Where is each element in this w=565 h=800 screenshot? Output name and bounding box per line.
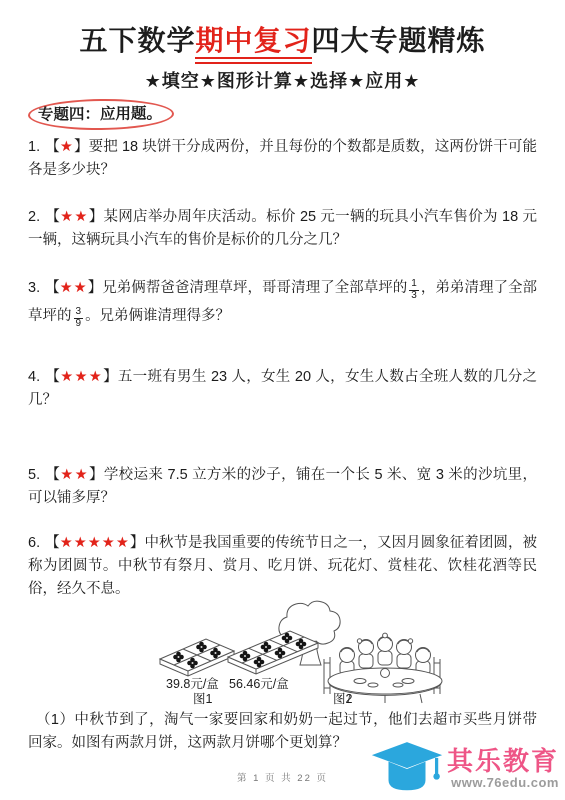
question-3: 3.【★★】兄弟俩帮爸爸清理草坪，哥哥清理了全部草坪的13，弟弟清理了全部草坪的… bbox=[28, 274, 537, 330]
logo-name: 其乐教育 bbox=[447, 748, 559, 775]
question-4: 4.【★★★】五一班有男生 23 人，女生 20 人，女生人数占全班人数的几分之… bbox=[28, 366, 537, 412]
bracket: 【 bbox=[45, 369, 60, 385]
star-rating: ★★ bbox=[60, 467, 89, 483]
star-rating: ★★ bbox=[60, 280, 88, 296]
bracket: 【 bbox=[45, 467, 60, 483]
question-5: 5.【★★】学校运来 7.5 立方米的沙子，铺在一个长 5 米、宽 3 米的沙坑… bbox=[28, 464, 537, 510]
graduation-cap-icon bbox=[370, 740, 444, 798]
festival-figure: 39.8元/盒 56.46元/盒 图1 图2 bbox=[0, 597, 565, 705]
mooncake-box1-illustration bbox=[160, 639, 234, 676]
price-label-box2: 56.46元/盒 bbox=[229, 674, 289, 692]
mooncake-box2-illustration bbox=[228, 631, 318, 674]
bracket: 【 bbox=[45, 535, 60, 551]
figure2-label: 图2 bbox=[333, 689, 352, 707]
star-rating: ★★★ bbox=[60, 369, 103, 385]
logo: 其乐教育 www.76edu.com bbox=[370, 740, 559, 798]
bracket: 【 bbox=[45, 209, 60, 225]
bracket: 】 bbox=[103, 369, 118, 385]
question-text: 兄弟俩帮爸爸清理草坪，哥哥清理了全部草坪的 bbox=[102, 280, 407, 296]
bracket: 】 bbox=[89, 467, 104, 483]
bracket: 【 bbox=[45, 139, 60, 155]
question-number: 2. bbox=[28, 209, 40, 225]
logo-text: 其乐教育 www.76edu.com bbox=[447, 748, 559, 790]
topic-badge: 专题四：应用题。 bbox=[28, 98, 174, 131]
figure1-label: 图1 bbox=[193, 689, 212, 707]
question-1: 1.【★】要把 18 块饼干分成两份，并且每份的个数都是质数，这两份饼干可能各是… bbox=[28, 136, 537, 182]
question-number: 5. bbox=[28, 467, 40, 483]
question-number: 1. bbox=[28, 139, 40, 155]
question-number: 3. bbox=[28, 280, 40, 296]
page-subtitle: ★填空★图形计算★选择★应用★ bbox=[28, 69, 537, 93]
fraction: 39 bbox=[74, 307, 84, 329]
fraction: 13 bbox=[409, 279, 419, 301]
star-rating: ★★ bbox=[60, 209, 89, 225]
bracket: 【 bbox=[45, 280, 60, 296]
page-title: 五下数学期中复习四大专题精炼 bbox=[28, 22, 537, 60]
question-number: 4. bbox=[28, 369, 40, 385]
question-2: 2.【★★】某网店举办周年庆活动。标价 25 元一辆的玩具小汽车售价为 18 元… bbox=[28, 206, 537, 252]
question-text: 学校运来 7.5 立方米的沙子，铺在一个长 5 米、宽 3 米的沙坑里，可以铺多… bbox=[28, 467, 537, 506]
bracket: 】 bbox=[88, 280, 103, 296]
title-highlight: 期中复习 bbox=[195, 25, 311, 64]
title-suffix: 四大专题精炼 bbox=[312, 25, 486, 56]
question-6: 6.【★★★★★】中秋节是我国重要的传统节日之一，又因月圆象征着团圆，被称为团圆… bbox=[28, 532, 537, 601]
bracket: 】 bbox=[130, 535, 145, 551]
star-rating: ★★★★★ bbox=[60, 535, 130, 551]
bracket: 】 bbox=[74, 139, 89, 155]
star-rating: ★ bbox=[60, 139, 74, 155]
question-text: 要把 18 块饼干分成两份，并且每份的个数都是质数，这两份饼干可能各是多少块？ bbox=[28, 139, 537, 178]
bracket: 】 bbox=[89, 209, 104, 225]
title-prefix: 五下数学 bbox=[79, 25, 195, 56]
question-text: 某网店举办周年庆活动。标价 25 元一辆的玩具小汽车售价为 18 元一辆，这辆玩… bbox=[28, 209, 537, 248]
question-number: 6. bbox=[28, 535, 40, 551]
topic-row: 专题四：应用题。 bbox=[28, 99, 537, 130]
logo-url: www.76edu.com bbox=[451, 775, 559, 790]
question-text: 。兄弟俩谁清理得多？ bbox=[85, 308, 230, 324]
